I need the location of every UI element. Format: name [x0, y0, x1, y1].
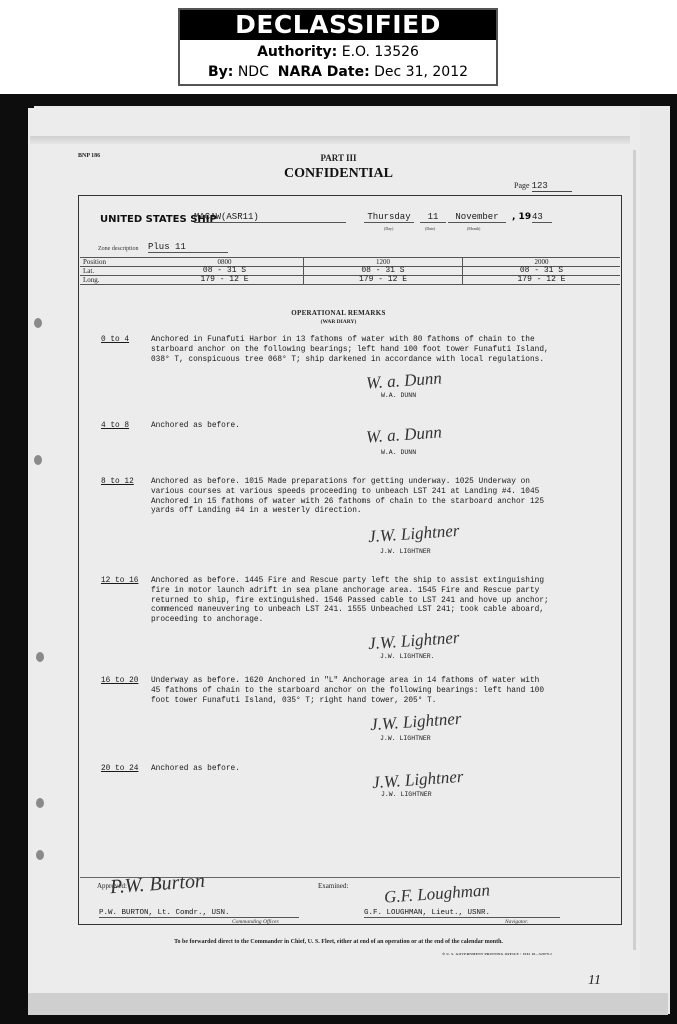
log-date: 11: [420, 212, 446, 223]
remark-text: Anchored as before. 1015 Made preparatio…: [151, 478, 551, 517]
classification-heading: CONFIDENTIAL: [0, 166, 677, 182]
signer-name: W.A. DUNN: [381, 449, 416, 456]
remark-text: Anchored in Funafuti Harbor in 13 fathom…: [151, 336, 551, 365]
printing-office-note: ☆ U. S. GOVERNMENT PRINTING OFFICE : 194…: [442, 952, 552, 956]
part-heading: PART III: [0, 153, 677, 163]
punch-hole-icon: [34, 455, 42, 465]
right-crease: [633, 150, 636, 950]
signer-name: J.W. LIGHTNER: [380, 735, 431, 742]
remarks-title: OPERATIONAL REMARKS: [0, 309, 677, 317]
log-year: 43: [532, 212, 552, 223]
stamp-title: DECLASSIFIED: [180, 10, 496, 40]
remark-text: Anchored as before.: [151, 765, 551, 775]
declassified-stamp: DECLASSIFIED Authority: E.O. 13526 By: N…: [178, 8, 498, 86]
watch-period: 12 to 16: [101, 577, 138, 587]
position-table: Position 0800 1200 2000 Lat. 08 - 31 S 0…: [80, 257, 620, 285]
signer-name: W.A. DUNN: [381, 392, 416, 399]
zone-value: Plus 11: [148, 242, 228, 253]
watch-period: 8 to 12: [101, 478, 134, 488]
examined-label: Examined:: [318, 882, 348, 890]
navigator-title: Navigator.: [505, 919, 528, 925]
stamp-authority: Authority: E.O. 13526: [180, 42, 496, 62]
remark-text: Anchored as before.: [151, 422, 551, 432]
watch-period: 16 to 20: [101, 677, 138, 687]
signer-name: J.W. LIGHTNER: [380, 548, 431, 555]
commanding-officer-name: P.W. BURTON, Lt. Comdr., USN.: [99, 909, 299, 918]
punch-hole-icon: [36, 798, 44, 808]
month-caption: (Month): [467, 226, 480, 231]
stamp-by-date: By: NDC NARA Date: Dec 31, 2012: [180, 62, 496, 82]
ship-name: MACAW(ASR11): [194, 212, 346, 223]
forwarding-instructions: To be forwarded direct to the Commander …: [0, 939, 677, 945]
day-caption: (Day): [384, 226, 393, 231]
table-row: Long. 179 - 12 E 179 - 12 E 179 - 12 E: [80, 276, 620, 285]
zone-label: Zone description: [98, 246, 139, 252]
sheet-bottom-edge: [28, 993, 668, 1015]
log-day: Thursday: [364, 212, 414, 223]
signer-name: J.W. LIGHTNER: [381, 791, 432, 798]
year-prefix: , 19: [512, 212, 531, 222]
log-month: November: [448, 212, 506, 223]
remark-text: Underway as before. 1620 Anchored in "L"…: [151, 677, 551, 706]
fold-shadow: [30, 136, 630, 144]
date-caption: (Date): [425, 226, 435, 231]
remark-text: Anchored as before. 1445 Fire and Rescue…: [151, 577, 551, 626]
watch-period: 0 to 4: [101, 336, 129, 346]
navigator-name: G.F. LOUGHMAN, Lieut., USNR.: [364, 909, 560, 918]
remarks-subtitle: (WAR DIARY): [0, 319, 677, 325]
punch-hole-icon: [36, 652, 44, 662]
watch-period: 4 to 8: [101, 422, 129, 432]
page-number: Page 123: [514, 181, 572, 192]
watch-period: 20 to 24: [101, 765, 138, 775]
punch-hole-icon: [36, 850, 44, 860]
signer-name: J.W. LIGHTNER.: [380, 653, 435, 660]
commanding-officer-title: Commanding Officer.: [232, 919, 279, 925]
form-frame: [78, 195, 622, 925]
handwritten-page-number: 11: [588, 973, 601, 989]
